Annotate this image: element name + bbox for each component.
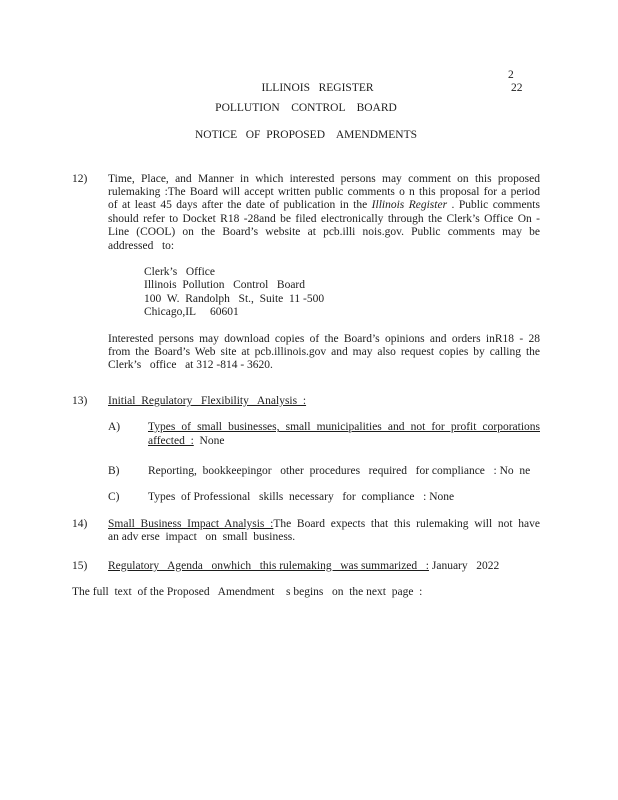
text-run: should refer to Docket R18 -28and be fil… [108, 213, 540, 225]
text-run: The Board expects that this rulemaking w… [273, 518, 540, 530]
text-run: Line (COOL) on the Board’s website at pc… [108, 226, 540, 238]
document-header: ILLINOIS REGISTER 2 22 POLLUTION CONTROL… [72, 69, 540, 143]
text-run: Reporting, bookkeepingor other procedure… [148, 465, 530, 477]
notice-title: NOTICE OF PROPOSED AMENDMENTS [72, 129, 540, 142]
document-body: 12)Time, Place, and Manner in which inte… [72, 173, 540, 600]
item-number: C) [108, 491, 120, 504]
text-line: Regulatory Agenda onwhich this rulemakin… [108, 560, 540, 573]
text-run: Clerk’s Office [144, 266, 215, 278]
document-page: ILLINOIS REGISTER 2 22 POLLUTION CONTROL… [0, 0, 618, 800]
text-run: addressed to: [108, 240, 174, 252]
underlined-text-run: Initial Regulatory Flexibility Analysis … [108, 395, 306, 407]
text-line: Small Business Impact Analysis :The Boar… [108, 518, 540, 531]
block-text: Clerk’s OfficeIllinois Pollution Control… [144, 266, 540, 320]
block-text: Time, Place, and Manner in which interes… [108, 173, 540, 253]
block-text: Regulatory Agenda onwhich this rulemakin… [108, 560, 540, 573]
text-line: from the Board’s Web site at pcb.illinoi… [108, 346, 540, 359]
underlined-text-run: Small Business Impact Analysis : [108, 518, 273, 530]
address-block: Clerk’s OfficeIllinois Pollution Control… [72, 266, 540, 320]
text-line: affected : None [148, 435, 540, 448]
italic-text-run: Illinois Register [372, 199, 447, 211]
text-run: Interested persons may download copies o… [108, 333, 540, 345]
underlined-text-run: affected : [148, 435, 194, 447]
block-text: Types of Professional skills necessary f… [148, 491, 540, 504]
item-12: 12)Time, Place, and Manner in which inte… [72, 173, 540, 253]
text-run: . Public comments [447, 199, 540, 211]
text-line: Chicago,IL 60601 [144, 306, 540, 319]
paragraph-download-info: Interested persons may download copies o… [72, 333, 540, 373]
text-run: Types of Professional skills necessary f… [148, 491, 454, 503]
text-line: Interested persons may download copies o… [108, 333, 540, 346]
board-title: POLLUTION CONTROL BOARD [72, 102, 540, 115]
block-text: The full text of the Proposed Amendment … [72, 586, 540, 599]
text-run: rulemaking :The Board will accept writte… [108, 186, 540, 198]
closing-line: The full text of the Proposed Amendment … [72, 586, 540, 599]
text-run: of at least 45 days after the date of pu… [108, 199, 372, 211]
text-line: Illinois Pollution Control Board [144, 279, 540, 292]
item-13: 13)Initial Regulatory Flexibility Analys… [72, 395, 540, 408]
text-line: of at least 45 days after the date of pu… [108, 199, 540, 212]
text-run: Clerk’s office at 312 -814 - 3620. [108, 359, 273, 371]
text-run: from the Board’s Web site at pcb.illinoi… [108, 346, 540, 358]
underlined-text-run: Regulatory Agenda onwhich this rulemakin… [108, 560, 429, 572]
page-number-top: 2 [508, 69, 514, 82]
item-number: 14) [72, 518, 87, 531]
item-13a: A)Types of small businesses, small munic… [72, 421, 540, 448]
text-run: 100 W. Randolph St., Suite 11 -500 [144, 293, 324, 305]
text-line: Types of small businesses, small municip… [148, 421, 540, 434]
text-line: 100 W. Randolph St., Suite 11 -500 [144, 293, 540, 306]
text-line: rulemaking :The Board will accept writte… [108, 186, 540, 199]
item-14: 14)Small Business Impact Analysis :The B… [72, 518, 540, 545]
text-line: Clerk’s Office [144, 266, 540, 279]
item-number: 15) [72, 560, 87, 573]
document-content: ILLINOIS REGISTER 2 22 POLLUTION CONTROL… [72, 69, 540, 600]
text-line: The full text of the Proposed Amendment … [72, 586, 540, 599]
item-13b: B)Reporting, bookkeepingor other procedu… [72, 465, 540, 478]
text-line: Time, Place, and Manner in which interes… [108, 173, 540, 186]
block-text: Reporting, bookkeepingor other procedure… [148, 465, 540, 478]
text-line: should refer to Docket R18 -28and be fil… [108, 213, 540, 226]
item-15: 15)Regulatory Agenda onwhich this rulema… [72, 560, 540, 573]
item-number: 12) [72, 173, 87, 186]
text-run: January 2022 [429, 560, 499, 572]
block-text: Small Business Impact Analysis :The Boar… [108, 518, 540, 545]
text-line: Types of Professional skills necessary f… [148, 491, 540, 504]
underlined-text-run: Types of small businesses, small municip… [148, 421, 540, 433]
text-line: Line (COOL) on the Board’s website at pc… [108, 226, 540, 239]
block-text: Initial Regulatory Flexibility Analysis … [108, 395, 540, 408]
item-number: A) [108, 421, 120, 434]
page-number-row: 22 [72, 82, 540, 95]
text-run: an adv erse impact on small business. [108, 531, 295, 543]
text-run: Chicago,IL 60601 [144, 306, 239, 318]
text-run: Time, Place, and Manner in which interes… [108, 173, 540, 185]
register-title-row: ILLINOIS REGISTER 2 [72, 69, 540, 82]
block-text: Interested persons may download copies o… [108, 333, 540, 373]
text-line: Reporting, bookkeepingor other procedure… [148, 465, 540, 478]
page-number-bottom: 22 [511, 82, 523, 95]
text-run: The full text of the Proposed Amendment … [72, 586, 422, 598]
item-13c: C)Types of Professional skills necessary… [72, 491, 540, 504]
block-text: Types of small businesses, small municip… [148, 421, 540, 448]
item-number: B) [108, 465, 120, 478]
text-line: addressed to: [108, 240, 540, 253]
text-run: Illinois Pollution Control Board [144, 279, 305, 291]
text-run: None [194, 435, 225, 447]
item-number: 13) [72, 395, 87, 408]
text-line: Clerk’s office at 312 -814 - 3620. [108, 359, 540, 372]
text-line: an adv erse impact on small business. [108, 531, 540, 544]
text-line: Initial Regulatory Flexibility Analysis … [108, 395, 540, 408]
